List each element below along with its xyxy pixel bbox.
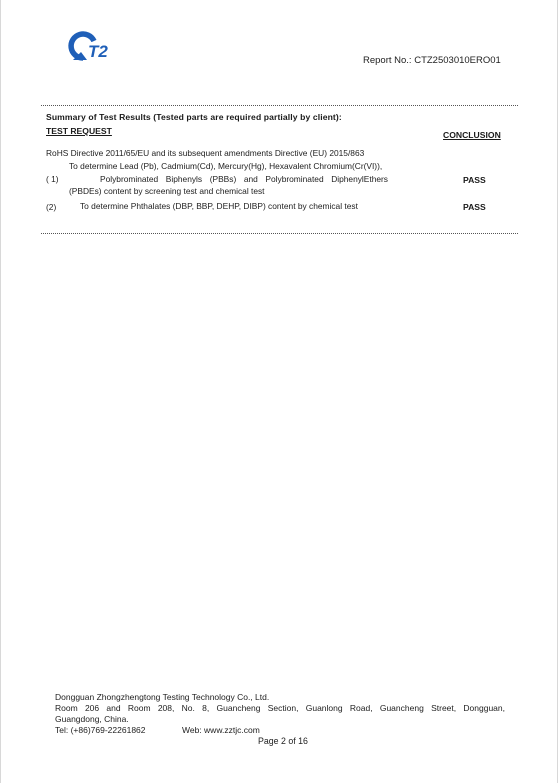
footer-address-line1: Room 206 and Room 208, No. 8, Guancheng … bbox=[55, 703, 505, 713]
item-number: ( 1) bbox=[46, 174, 59, 184]
item-description-line: (PBDEs) content by screening test and ch… bbox=[69, 186, 265, 196]
svg-text:T2: T2 bbox=[88, 42, 108, 61]
footer-tel: Tel: (+86)769-22261862 bbox=[55, 725, 146, 735]
divider-top bbox=[41, 105, 518, 106]
footer-address-line2: Guangdong, China. bbox=[55, 714, 129, 724]
report-number: Report No.: CTZ2503010ERO01 bbox=[363, 55, 501, 66]
item-description-line: To determine Lead (Pb), Cadmium(Cd), Mer… bbox=[69, 161, 382, 171]
document-page: T2 Report No.: CTZ2503010ERO01 Summary o… bbox=[0, 0, 558, 783]
footer-web: Web: www.zztjc.com bbox=[182, 725, 260, 735]
ctz-logo-icon: T2 bbox=[67, 29, 121, 61]
footer-company: Dongguan Zhongzhengtong Testing Technolo… bbox=[55, 692, 269, 702]
item-number: (2) bbox=[46, 202, 56, 212]
test-request-heading: TEST REQUEST bbox=[46, 126, 112, 136]
conclusion-heading: CONCLUSION bbox=[443, 130, 501, 140]
item-conclusion: PASS bbox=[463, 175, 486, 185]
directive-text: RoHS Directive 2011/65/EU and its subseq… bbox=[46, 148, 364, 158]
summary-title: Summary of Test Results (Tested parts ar… bbox=[46, 112, 342, 122]
item-conclusion: PASS bbox=[463, 202, 486, 212]
divider-bottom bbox=[41, 233, 518, 234]
item-description-line: To determine Phthalates (DBP, BBP, DEHP,… bbox=[80, 201, 358, 211]
item-description-line: Polybrominated Biphenyls (PBBs) and Poly… bbox=[100, 174, 388, 184]
page-number: Page 2 of 16 bbox=[258, 736, 308, 746]
